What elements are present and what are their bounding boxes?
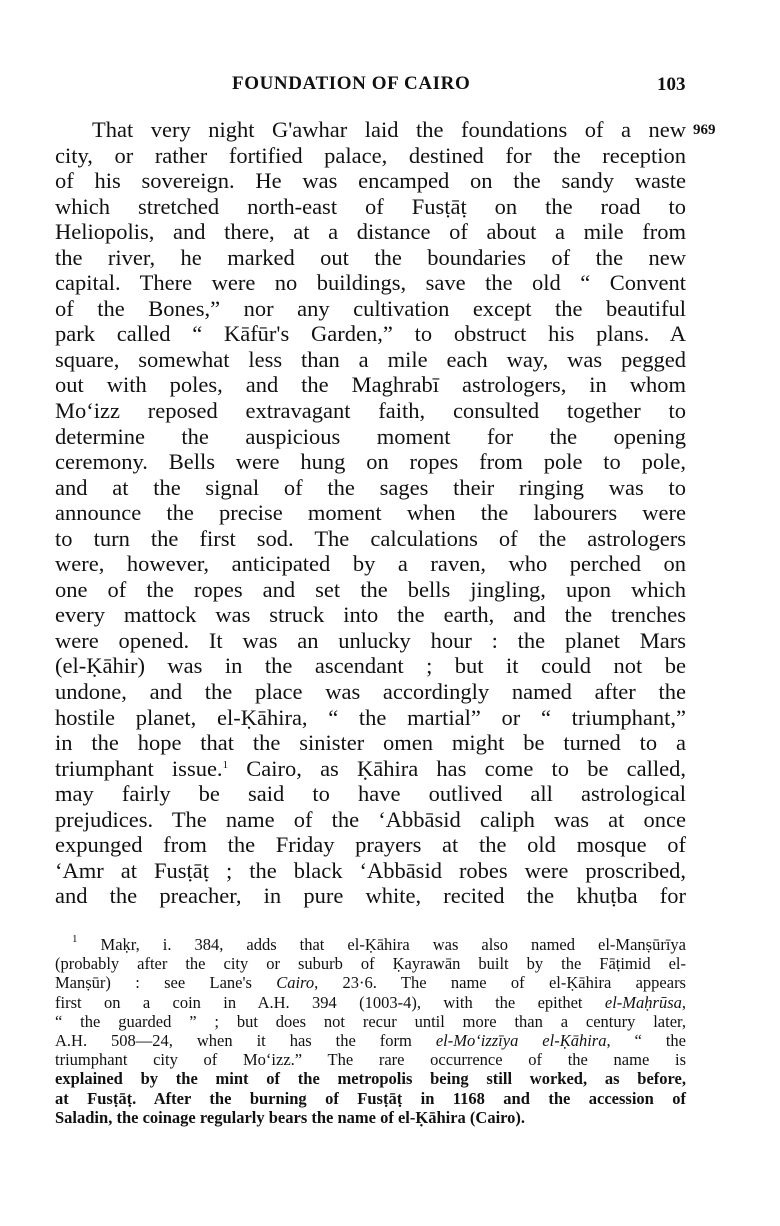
footnote-line: (probably after the city or suburb of Ḳa…: [55, 954, 686, 973]
text-line: every mattock was struck into the earth,…: [55, 602, 686, 628]
running-title: FOUNDATION OF CAIRO: [232, 73, 470, 95]
text-line: the river, he marked out the boundaries …: [55, 245, 686, 271]
text-line: one of the ropes and set the bells jingl…: [55, 577, 686, 603]
text-line: That very night G'awhar laid the foundat…: [55, 117, 686, 143]
footnote-block: 1 Maḳr, i. 384, adds that el-Ḳāhira was …: [55, 935, 686, 1127]
text-line: capital. There were no buildings, save t…: [55, 270, 686, 296]
text-line: expunged from the Friday prayers at the …: [55, 832, 686, 858]
text-line: announce the precise moment when the lab…: [55, 500, 686, 526]
footnote-line: explained by the mint of the metropolis …: [55, 1069, 686, 1088]
text-line: determine the auspicious moment for the …: [55, 424, 686, 450]
text-line: square, somewhat less than a mile each w…: [55, 347, 686, 373]
text-segment: , “ the: [606, 1031, 686, 1050]
text-line: out with poles, and the Maghrabī astrolo…: [55, 372, 686, 398]
text-segment: first on a coin in A.H. 394 (1003-4), wi…: [55, 993, 605, 1012]
name-form-italic: el-Mo‘izzīya el-Ḳāhira: [436, 1031, 607, 1050]
text-segment: A.H. 508—24, when it has the form: [55, 1031, 436, 1050]
text-line: to turn the first sod. The calculations …: [55, 526, 686, 552]
text-segment: , 23·6. The name of el-Ḳāhira appears: [314, 973, 686, 992]
text-line: prejudices. The name of the ‘Abbāsid cal…: [55, 807, 686, 833]
footnote-line: Manṣūr) : see Lane's Cairo, 23·6. The na…: [55, 973, 686, 992]
text-line: ceremony. Bells were hung on ropes from …: [55, 449, 686, 475]
text-line: of the Bones,” nor any cultivation excep…: [55, 296, 686, 322]
text-line: which stretched north-east of Fusṭāṭ on …: [55, 194, 686, 220]
text-segment: Maḳr, i. 384, adds that el-Ḳāhira was al…: [78, 935, 687, 954]
epithet-italic: el-Maḥrūsa: [605, 993, 682, 1012]
running-head: FOUNDATION OF CAIRO 103: [0, 73, 780, 99]
text-line: Heliopolis, and there, at a distance of …: [55, 219, 686, 245]
footnote-line: triumphant city of Mo‘izz.” The rare occ…: [55, 1050, 686, 1069]
text-line: Mo‘izz reposed extravagant faith, consul…: [55, 398, 686, 424]
footnote-line: first on a coin in A.H. 394 (1003-4), wi…: [55, 993, 686, 1012]
footnote-line: Saladin, the coinage regularly bears the…: [55, 1108, 686, 1127]
text-line: hostile planet, el-Ḳāhira, “ the martial…: [55, 705, 686, 731]
margin-date-note: 969: [693, 122, 716, 139]
text-line: and at the signal of the sages their rin…: [55, 475, 686, 501]
text-line: in the hope that the sinister omen might…: [55, 730, 686, 756]
text-line: of his sovereign. He was encamped on the…: [55, 168, 686, 194]
text-line: undone, and the place was accordingly na…: [55, 679, 686, 705]
text-line: ‘Amr at Fusṭāṭ ; the black ‘Abbāsid robe…: [55, 858, 686, 884]
body-paragraph: That very night G'awhar laid the foundat…: [55, 117, 686, 909]
text-line: (el-Ḳāhir) was in the ascendant ; but it…: [55, 653, 686, 679]
page-number: 103: [657, 74, 686, 96]
text-line: and the preacher, in pure white, recited…: [55, 883, 686, 909]
text-line-with-footnote-ref: triumphant issue.1 Cairo, as Ḳāhira has …: [55, 756, 686, 782]
text-line: may fairly be said to have outlived all …: [55, 781, 686, 807]
text-line: were, however, anticipated by a raven, w…: [55, 551, 686, 577]
text-segment: ,: [682, 993, 686, 1012]
footnote-line: 1 Maḳr, i. 384, adds that el-Ḳāhira was …: [55, 935, 686, 954]
footnote-line: A.H. 508—24, when it has the form el-Mo‘…: [55, 1031, 686, 1050]
text-segment: triumphant issue.: [55, 756, 223, 781]
text-line: were opened. It was an unlucky hour : th…: [55, 628, 686, 654]
text-line: park called “ Kāfūr's Garden,” to obstru…: [55, 321, 686, 347]
book-page: FOUNDATION OF CAIRO 103 969 That very ni…: [0, 0, 780, 1226]
footnote-line: at Fusṭāṭ. After the burning of Fusṭāṭ i…: [55, 1089, 686, 1108]
text-segment: Manṣūr) : see Lane's: [55, 973, 276, 992]
book-title-italic: Cairo: [276, 973, 314, 992]
footnote-line: “ the guarded ” ; but does not recur unt…: [55, 1012, 686, 1031]
text-segment: Cairo, as Ḳāhira has come to be called,: [228, 756, 686, 781]
text-line: city, or rather fortified palace, destin…: [55, 143, 686, 169]
